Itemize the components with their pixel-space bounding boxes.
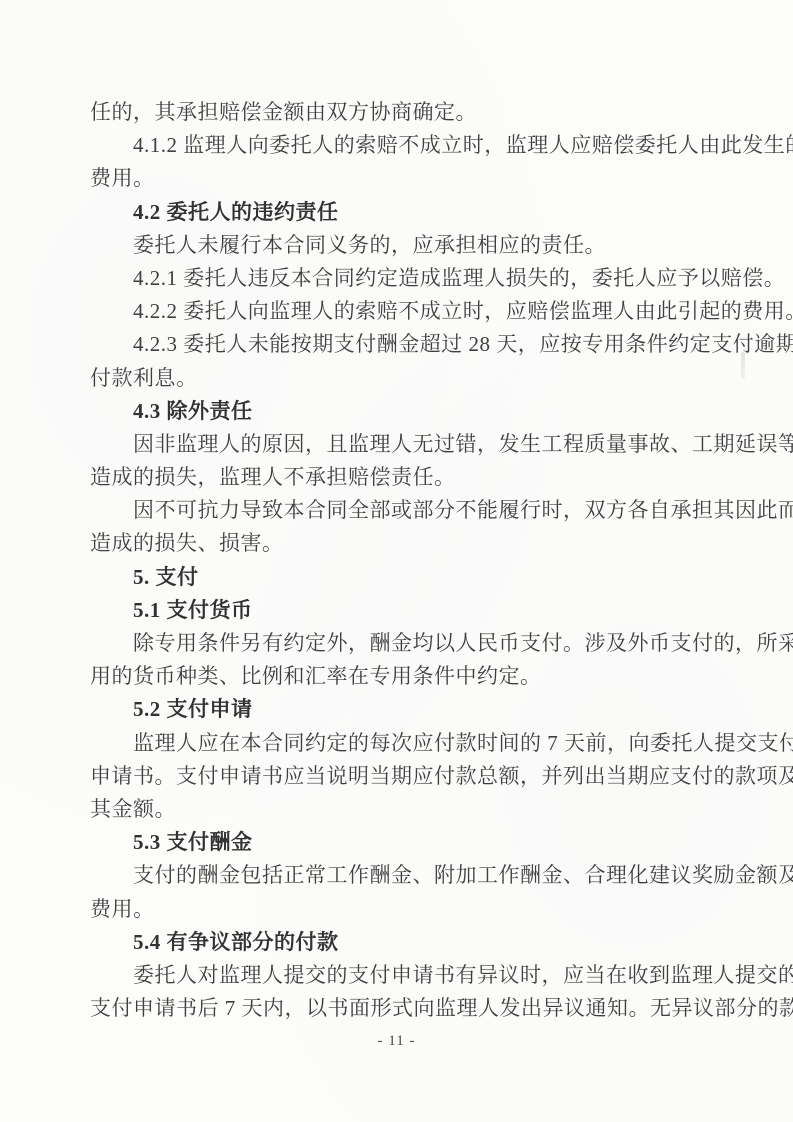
text-line: 申请书。支付申请书应当说明当期应付款总额，并列出当期应支付的款项及: [90, 760, 738, 793]
text-line: 用的货币种类、比例和汇率在专用条件中约定。: [90, 660, 738, 693]
section-heading: 5.3 支付酬金: [90, 826, 738, 859]
section-heading: 5. 支付: [90, 561, 738, 594]
text-line: 支付的酬金包括正常工作酬金、附加工作酬金、合理化建议奖励金额及: [90, 859, 738, 892]
text-line: 费用。: [90, 893, 738, 926]
text-line: 监理人应在本合同约定的每次应付款时间的 7 天前，向委托人提交支付: [90, 727, 738, 760]
document-lines: 任的，其承担赔偿金额由双方协商确定。4.1.2 监理人向委托人的索赔不成立时，监…: [90, 96, 738, 1025]
text-line: 因不可抗力导致本合同全部或部分不能履行时，双方各自承担其因此而: [90, 494, 738, 527]
text-line: 造成的损失，监理人不承担赔偿责任。: [90, 461, 738, 494]
section-heading: 4.3 除外责任: [90, 395, 738, 428]
text-line: 4.2.2 委托人向监理人的索赔不成立时，应赔偿监理人由此引起的费用。: [90, 295, 738, 328]
section-heading: 5.1 支付货币: [90, 594, 738, 627]
section-heading: 5.4 有争议部分的付款: [90, 926, 738, 959]
text-line: 委托人未履行本合同义务的，应承担相应的责任。: [90, 229, 738, 262]
text-line: 造成的损失、损害。: [90, 527, 738, 560]
text-line: 4.2.3 委托人未能按期支付酬金超过 28 天，应按专用条件约定支付逾期: [90, 328, 738, 361]
text-line: 因非监理人的原因，且监理人无过错，发生工程质量事故、工期延误等: [90, 428, 738, 461]
text-line: 委托人对监理人提交的支付申请书有异议时，应当在收到监理人提交的: [90, 959, 738, 992]
text-line: 付款利息。: [90, 362, 738, 395]
section-heading: 5.2 支付申请: [90, 693, 738, 726]
text-line: 4.1.2 监理人向委托人的索赔不成立时，监理人应赔偿委托人由此发生的: [90, 129, 738, 162]
scan-smudge-mark: [741, 352, 745, 379]
text-line: 支付申请书后 7 天内，以书面形式向监理人发出异议通知。无异议部分的款: [90, 992, 738, 1025]
contract-page: 任的，其承担赔偿金额由双方协商确定。4.1.2 监理人向委托人的索赔不成立时，监…: [0, 0, 793, 1122]
text-line: 费用。: [90, 162, 738, 195]
text-line: 除专用条件另有约定外，酬金均以人民币支付。涉及外币支付的，所采: [90, 627, 738, 660]
page-number: - 11 -: [0, 1033, 793, 1050]
section-heading: 4.2 委托人的违约责任: [90, 196, 738, 229]
text-line: 其金额。: [90, 793, 738, 826]
text-line: 4.2.1 委托人违反本合同约定造成监理人损失的，委托人应予以赔偿。: [90, 262, 738, 295]
text-line: 任的，其承担赔偿金额由双方协商确定。: [90, 96, 738, 129]
